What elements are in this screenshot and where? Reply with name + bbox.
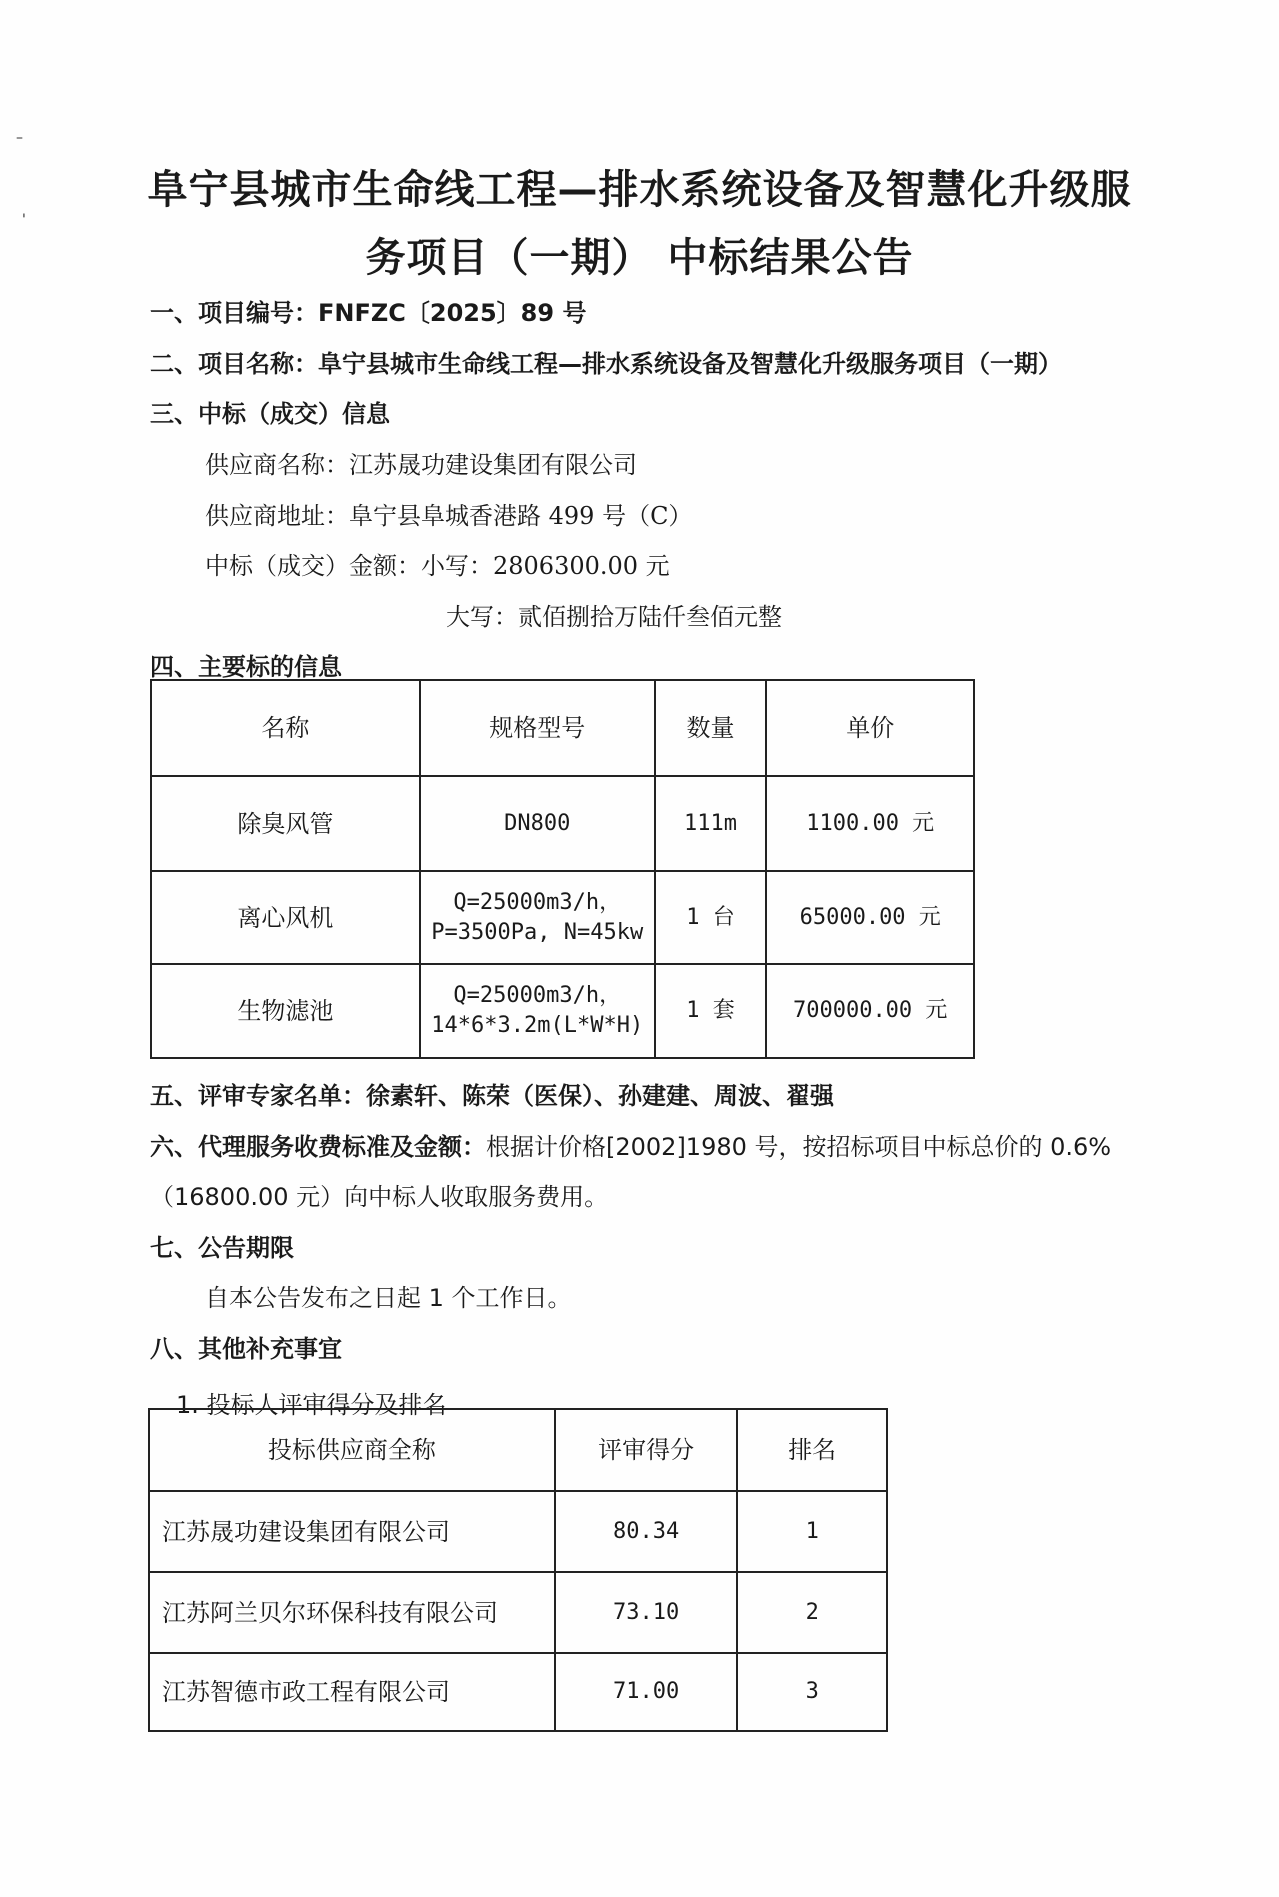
item-spec-line: Q=25000m3/h， [421,888,654,918]
item-spec-cell: Q=25000m3/h， 14*6*3.2m(L*W*H) [420,964,655,1058]
project-name-label: 二、项目名称： [150,350,318,378]
item-name-cell: 生物滤池 [151,964,420,1058]
table-header-cell: 规格型号 [420,680,655,776]
table-row: 生物滤池 Q=25000m3/h， 14*6*3.2m(L*W*H) 1 套 7… [151,964,974,1058]
scan-mark: – [16,130,23,146]
supplier-address-value: 阜宁县阜城香港路 499 号（C） [349,502,692,530]
table-header-cell: 投标供应商全称 [149,1409,555,1491]
document-page: – ' 阜宁县城市生命线工程—排水系统设备及智慧化升级服 务项目（一期） 中标结… [0,0,1279,1897]
section-expert-list: 五、评审专家名单：徐素轩、陈荣（医保）、孙建建、周波、翟强 [150,1076,834,1111]
amount-upper-label: 大写： [446,603,518,631]
section-agency-fee: 六、代理服务收费标准及金额：根据计价格[2002]1980 号，按招标项目中标总… [150,1127,1111,1162]
table-header-cell: 评审得分 [555,1409,738,1491]
item-spec-line: Q=25000m3/h， [421,981,654,1011]
table-row: 江苏阿兰贝尔环保科技有限公司 73.10 2 [149,1572,887,1653]
section-project-number: 一、项目编号：FNFZC〔2025〕89 号 [150,293,586,328]
award-amount-upper-row: 大写：贰佰捌拾万陆仟叁佰元整 [446,597,782,632]
item-name-cell: 除臭风管 [151,776,420,871]
item-price-cell: 65000.00 元 [766,871,974,964]
item-qty-cell: 1 台 [655,871,767,964]
amount-lower-label: 小写： [421,552,493,580]
section-main-items-heading: 四、主要标的信息 [150,647,342,682]
main-items-table: 名称 规格型号 数量 单价 除臭风管 DN800 111m 1100.00 元 … [150,679,975,1059]
agency-fee-value-line-1: 根据计价格[2002]1980 号，按招标项目中标总价的 0.6% [486,1133,1111,1161]
item-price-cell: 700000.00 元 [766,964,974,1058]
expert-list-value: 徐素轩、陈荣（医保）、孙建建、周波、翟强 [366,1082,834,1110]
section-project-name: 二、项目名称：阜宁县城市生命线工程—排水系统设备及智慧化升级服务项目（一期） [150,344,1062,379]
table-header-cell: 单价 [766,680,974,776]
bidder-rank-cell: 1 [737,1491,887,1572]
item-qty-cell: 111m [655,776,767,871]
bidder-scores-table: 投标供应商全称 评审得分 排名 江苏晟功建设集团有限公司 80.34 1 江苏阿… [148,1408,888,1732]
table-header-cell: 名称 [151,680,420,776]
table-row: 离心风机 Q=25000m3/h， P=3500Pa, N=45kw 1 台 6… [151,871,974,964]
item-price-cell: 1100.00 元 [766,776,974,871]
agency-fee-label: 六、代理服务收费标准及金额： [150,1133,486,1161]
bidder-rank-cell: 3 [737,1653,887,1731]
supplier-name-row: 供应商名称：江苏晟功建设集团有限公司 [205,445,637,480]
item-name-cell: 离心风机 [151,871,420,964]
project-name-value: 阜宁县城市生命线工程—排水系统设备及智慧化升级服务项目（一期） [318,350,1062,378]
award-amount-label: 中标（成交）金额： [205,552,421,580]
supplier-address-row: 供应商地址：阜宁县阜城香港路 499 号（C） [205,496,692,531]
item-spec-line: DN800 [421,809,654,839]
supplier-name-value: 江苏晟功建设集团有限公司 [349,451,637,479]
table-row: 江苏智德市政工程有限公司 71.00 3 [149,1653,887,1731]
item-spec-line: 14*6*3.2m(L*W*H) [421,1011,654,1041]
table-header-cell: 排名 [737,1409,887,1491]
supplier-name-label: 供应商名称： [205,451,349,479]
document-title-line-2: 务项目（一期） 中标结果公告 [0,226,1279,283]
section-other-matters-heading: 八、其他补充事宜 [150,1329,342,1364]
bidder-score-cell: 73.10 [555,1572,738,1653]
table-header-row: 投标供应商全称 评审得分 排名 [149,1409,887,1491]
table-row: 江苏晟功建设集团有限公司 80.34 1 [149,1491,887,1572]
award-amount-row: 中标（成交）金额：小写：2806300.00 元 [205,546,670,581]
amount-lower-value: 2806300.00 元 [493,552,670,580]
section-award-info-heading: 三、中标（成交）信息 [150,394,390,429]
item-spec-line: P=3500Pa, N=45kw [421,918,654,948]
amount-upper-value: 贰佰捌拾万陆仟叁佰元整 [518,603,782,631]
bidder-name-cell: 江苏晟功建设集团有限公司 [149,1491,555,1572]
table-row: 除臭风管 DN800 111m 1100.00 元 [151,776,974,871]
table-header-row: 名称 规格型号 数量 单价 [151,680,974,776]
supplier-address-label: 供应商地址： [205,502,349,530]
document-title-line-1: 阜宁县城市生命线工程—排水系统设备及智慧化升级服 [0,158,1279,215]
bidder-name-cell: 江苏智德市政工程有限公司 [149,1653,555,1731]
section-notice-period-heading: 七、公告期限 [150,1228,294,1263]
table-header-cell: 数量 [655,680,767,776]
item-spec-cell: DN800 [420,776,655,871]
bidder-name-cell: 江苏阿兰贝尔环保科技有限公司 [149,1572,555,1653]
bidder-score-cell: 80.34 [555,1491,738,1572]
bidder-rank-cell: 2 [737,1572,887,1653]
item-qty-cell: 1 套 [655,964,767,1058]
notice-period-value: 自本公告发布之日起 1 个工作日。 [205,1278,572,1313]
expert-list-label: 五、评审专家名单： [150,1082,366,1110]
agency-fee-value-line-2: （16800.00 元）向中标人收取服务费用。 [150,1177,608,1212]
item-spec-cell: Q=25000m3/h， P=3500Pa, N=45kw [420,871,655,964]
project-number-label: 一、项目编号： [150,299,318,327]
project-number-value: FNFZC〔2025〕89 号 [318,299,586,327]
bidder-score-cell: 71.00 [555,1653,738,1731]
